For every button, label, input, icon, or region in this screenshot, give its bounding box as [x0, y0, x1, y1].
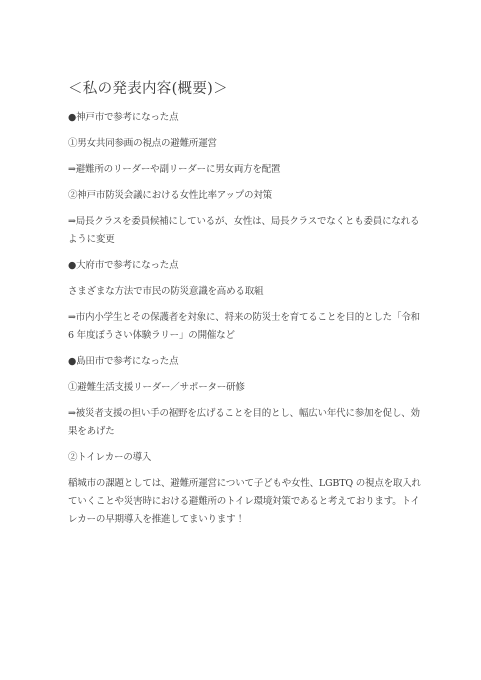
- document-page: ＜私の発表内容(概要)＞ ●神戸市で参考になった点 ①男女共同参画の視点の避難所…: [0, 0, 481, 680]
- note-leader-placement: ⇒避難所のリーダーや副リーダーに男女両方を配置: [68, 161, 423, 179]
- note-training-effect: ⇒被災者支援の担い手の裾野を広げることを目的とし、幅広い年代に参加を促し、効 果…: [68, 405, 423, 441]
- item-female-ratio: ②神戸市防災会議における女性比率アップの対策: [68, 187, 423, 205]
- item-toilet-car: ②トイレカーの導入: [68, 449, 423, 467]
- note-committee-change: ⇒局長クラスを委員候補にしているが、女性は、局長クラスでなくとも委員になれる よ…: [68, 213, 423, 249]
- item-shelter-management: ①男女共同参画の視点の避難所運営: [68, 135, 423, 153]
- bullet-obu-heading: ●大府市で参考になった点: [68, 257, 423, 275]
- bullet-kobe-heading: ●神戸市で参考になった点: [68, 109, 423, 127]
- closing-paragraph: 稲城市の課題としては、避難所運営について子どもや女性、LGBTQ の視点を取入れ…: [68, 475, 423, 529]
- page-title: ＜私の発表内容(概要)＞: [68, 78, 423, 100]
- item-support-training: ①避難生活支援リーダー／サポーター研修: [68, 379, 423, 397]
- note-bosai-rally: ⇒市内小学生とその保護者を対象に、将来の防災士を育てることを目的とした「令和 6…: [68, 309, 423, 345]
- bullet-shimada-heading: ●島田市で参考になった点: [68, 353, 423, 371]
- line-civic-awareness: さまざまな方法で市民の防災意識を高める取組: [68, 283, 423, 301]
